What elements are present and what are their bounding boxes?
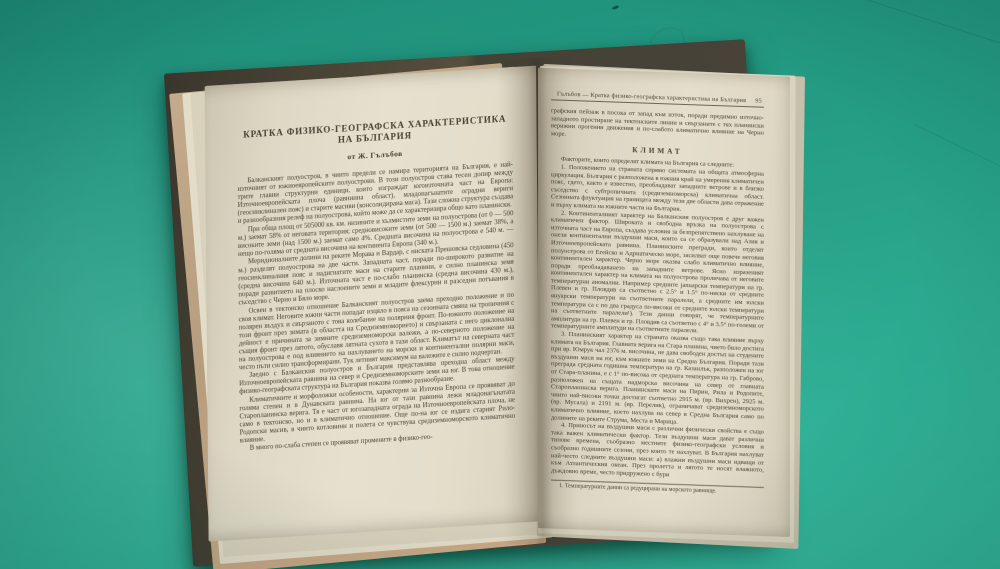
table-scratch — [914, 124, 1000, 178]
right-page-text: графския пейзаж в посока от запад към из… — [551, 107, 764, 497]
left-page-text: Балканският полуостров, в чиито предели … — [237, 161, 515, 453]
open-book: КРАТКА ФИЗИКО-ГЕОГРАФСКА ХАРАКТЕРИСТИКА … — [148, 46, 858, 561]
footnote: 1. Температурните данни са редуцирани на… — [551, 480, 764, 497]
left-page: КРАТКА ФИЗИКО-ГЕОГРАФСКА ХАРАКТЕРИСТИКА … — [205, 66, 540, 542]
photo-scene: КРАТКА ФИЗИКО-ГЕОГРАФСКА ХАРАКТЕРИСТИКА … — [0, 0, 1000, 569]
running-header-text: Гълъбов — Кратка физико-географска харак… — [557, 91, 746, 105]
body-paragraph: графския пейзаж в посока от запад към из… — [551, 107, 764, 145]
body-paragraph: 1. Положението на страната спрямо систем… — [551, 163, 764, 216]
table-speck — [612, 5, 620, 10]
running-header: Гълъбов — Кратка физико-географска харак… — [551, 90, 764, 107]
right-page: Гълъбов — Кратка физико-географска харак… — [538, 68, 790, 537]
table-scratch — [866, 0, 1000, 46]
body-paragraph: 2. Континенталният характер на Балкански… — [551, 209, 764, 338]
page-number: 95 — [755, 97, 762, 104]
body-paragraph: 4. Приносът на въздушни маси с различни … — [551, 422, 764, 483]
body-paragraph: 3. Планинският характер на страната оказ… — [551, 331, 764, 430]
